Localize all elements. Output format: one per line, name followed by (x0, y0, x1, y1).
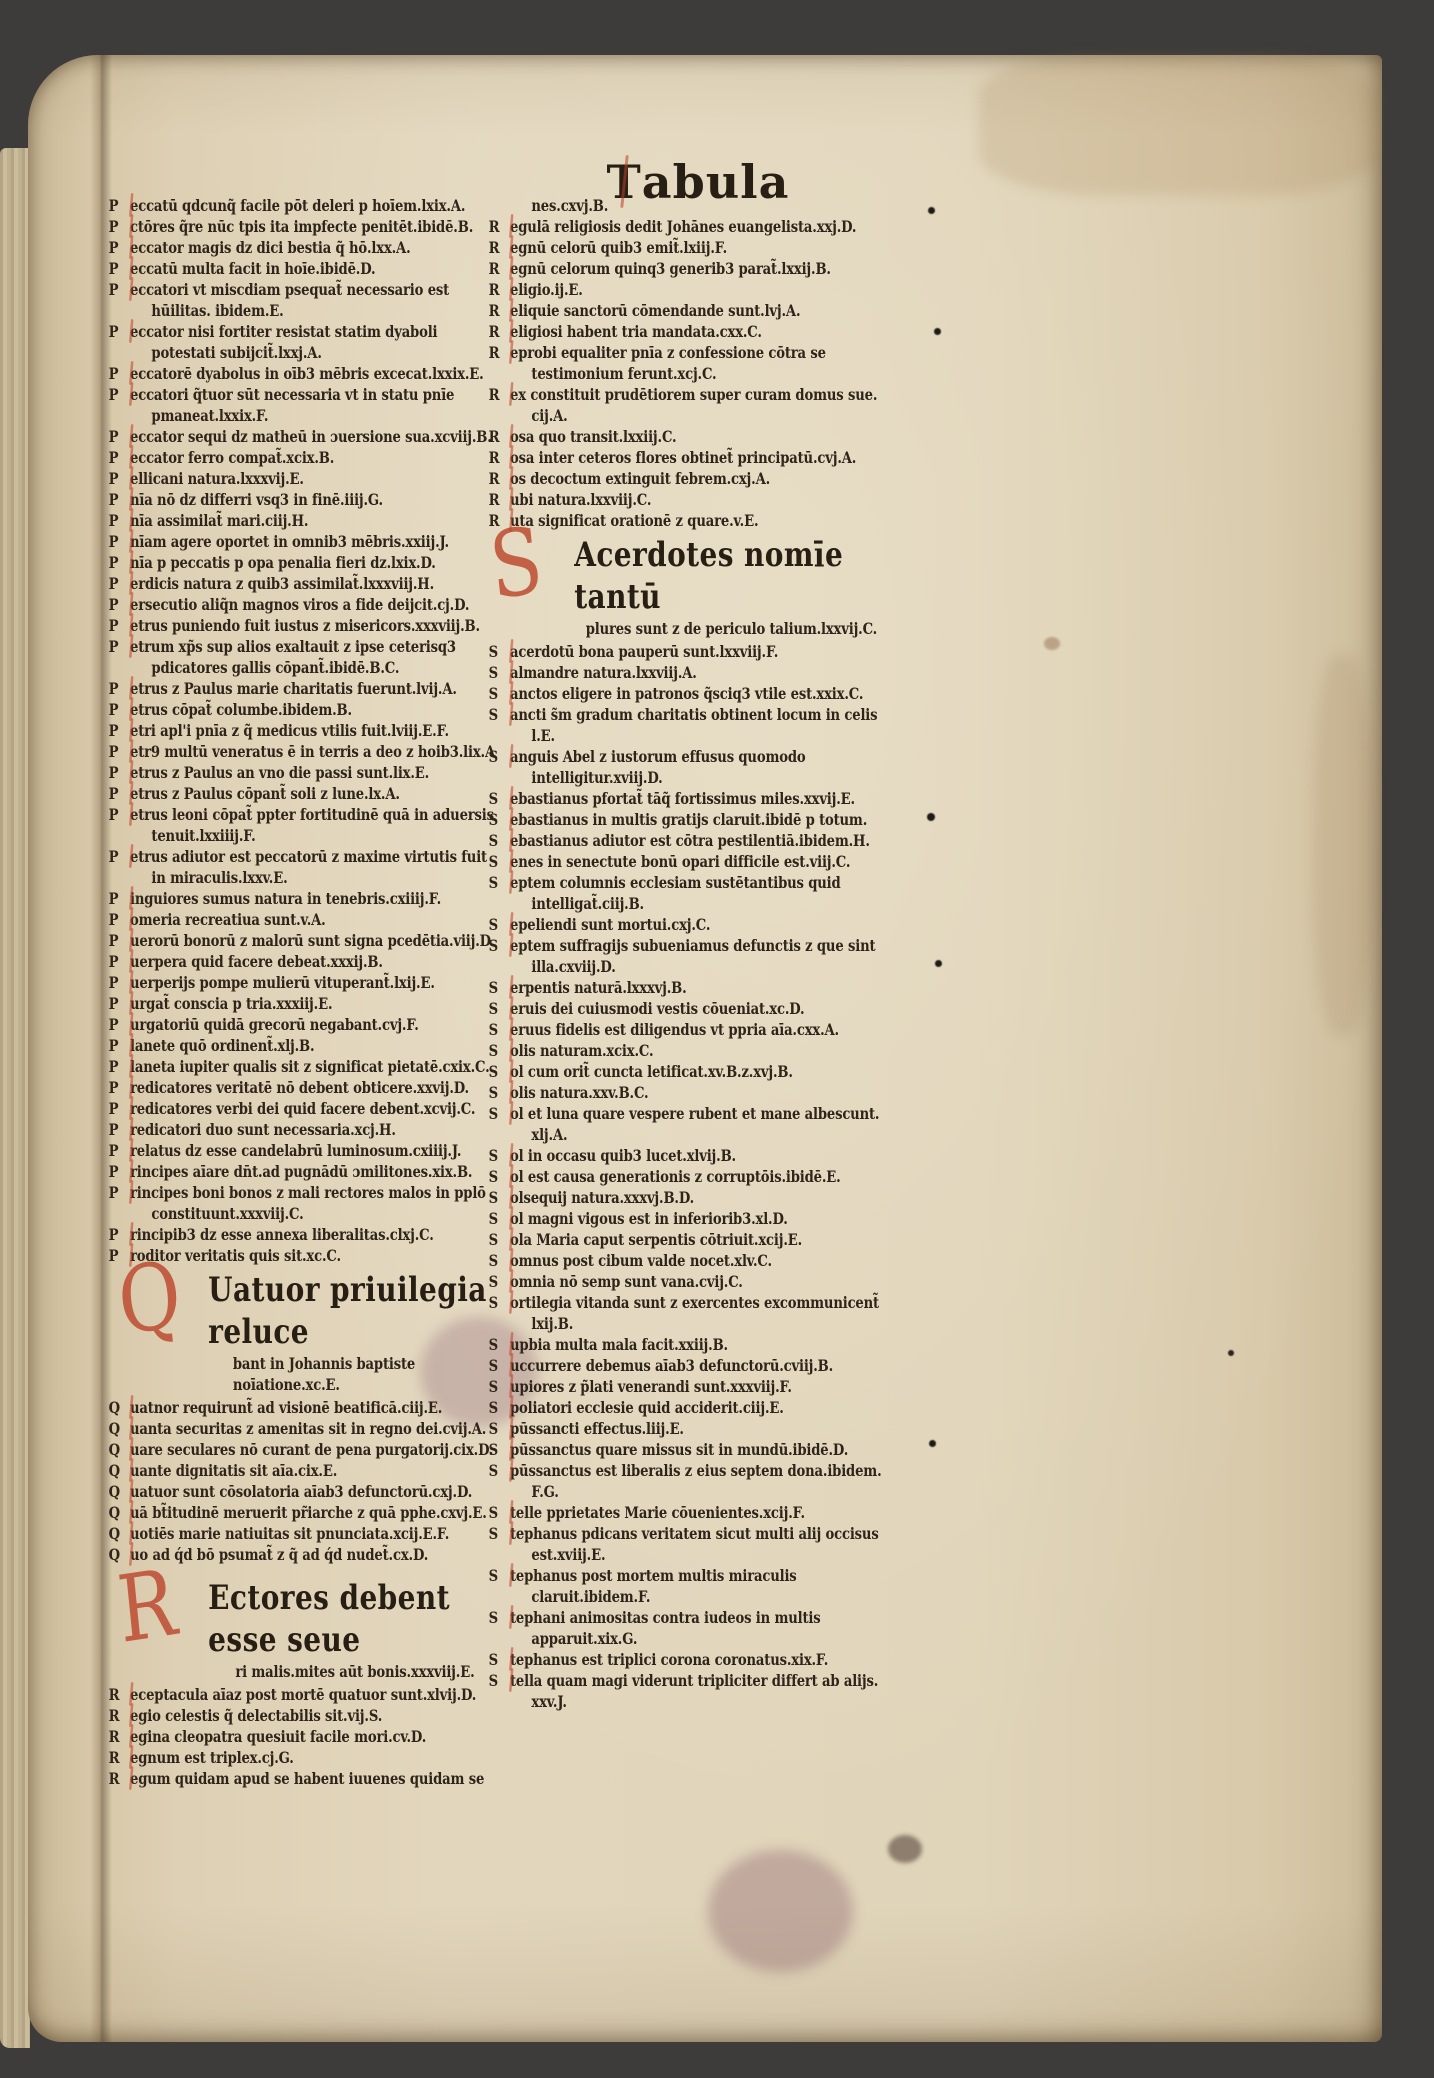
index-entry: Petrum xp̃s sup alios exaltauit z ipse c… (130, 636, 502, 678)
index-entry: Quā bt̃itudinē meruerit pr̃iarche z quā … (130, 1502, 502, 1523)
index-entry: Sanctos eligere in patronos q̃sciq3 vtil… (510, 683, 882, 704)
index-entry: Pnīa nō dz differri vsq3 in finē.iiij.G. (130, 489, 502, 510)
stain (888, 1835, 922, 1863)
index-entry: Serpentis naturā.lxxxvj.B. (510, 977, 882, 998)
index-entry: Supiores z p̃lati venerandi sunt.xxxviij… (510, 1376, 882, 1397)
index-entry: Rosa inter ceteros flores obtinet̃ princ… (510, 447, 882, 468)
index-entry: Pomeria recreatiua sunt.v.A. (130, 909, 502, 930)
index-entry: Regulā religiosis dedit Johānes euangeli… (510, 216, 882, 237)
index-entry: Predicatori duo sunt necessaria.xcj.H. (130, 1119, 502, 1140)
index-entry: Quo ad q́d bō psumat̃ z q̃ ad q́d nudet̃… (130, 1544, 502, 1565)
index-entry: Puerperijs pompe mulierū vituperant̃.lxi… (130, 972, 502, 993)
index-entry: Reliquie sanctorū cōmendande sunt.lvj.A. (510, 300, 882, 321)
book-page: Tabula Peccatū qdcunq̃ facile pōt deleri… (28, 55, 1382, 2042)
index-entry: Sola Maria caput serpentis cōtriuit.xcij… (510, 1229, 882, 1250)
index-entry: Petrus z Paulus cōpant̃ soli z lune.lx.A… (130, 783, 502, 804)
index-entry: Petrus leoni cōpat̃ ppter fortitudinē qu… (130, 804, 502, 846)
index-entry: Stephani animositas contra iudeos in mul… (510, 1607, 882, 1649)
index-entry: Perdicis natura z quib3 assimilat̃.lxxxv… (130, 573, 502, 594)
index-entry: Regnū celorum quinq3 generib3 parat̃.lxx… (510, 258, 882, 279)
index-entry: Stephanus pdicans veritatem sicut multi … (510, 1523, 882, 1565)
index-entry: Sol et luna quare vespere rubent et mane… (510, 1103, 882, 1145)
illuminated-initial: Q (115, 1255, 184, 1344)
index-entry: Purgat̃ conscia p tria.xxxiij.E. (130, 993, 502, 1014)
index-entry: Succurrere debemus aīab3 defunctorū.cvii… (510, 1355, 882, 1376)
stain (1044, 637, 1060, 650)
index-entry: Peccatorē dyabolus in oīb3 mēbris exceca… (130, 363, 502, 384)
ink-speck (929, 1440, 936, 1447)
index-entry: Purgatoriū quidā grecorū negabant.cvj.F. (130, 1014, 502, 1035)
index-entry: Petri apl'i pnīa z q̃ medicus vtilis fui… (130, 720, 502, 741)
index-entry: Spoliatori ecclesie quid acciderit.ciij.… (510, 1397, 882, 1418)
index-entry: Peccatū multa facit in hoīe.ibidē.D. (130, 258, 502, 279)
index-entry: Pellicani natura.lxxxvij.E. (130, 468, 502, 489)
index-entry: Principib3 dz esse annexa liberalitas.cl… (130, 1224, 502, 1245)
index-entry: Persecutio aliq̃n magnos viros a fide de… (130, 594, 502, 615)
index-entry: Regnum est triplex.cj.G. (130, 1747, 502, 1768)
index-entry: Sancti s̃m gradum charitatis obtinent lo… (510, 704, 882, 746)
index-entry: Petrus cōpat̃ columbe.ibidem.B. (130, 699, 502, 720)
index-entry: Petrus adiutor est peccatorū z maxime vi… (130, 846, 502, 888)
index-entry: Planete quō ordinent̃.xlj.B. (130, 1035, 502, 1056)
index-entry: Petr9 multū veneratus ē in terris a deo … (130, 741, 502, 762)
index-entry: Seruus fidelis est diligendus vt ppria a… (510, 1019, 882, 1040)
index-entry-continuation: nes.cxvj.B. (510, 195, 882, 216)
index-entry: Predicatores verbi dei quid facere deben… (130, 1098, 502, 1119)
page-edge-stack (0, 148, 30, 2048)
section-heading-text: Ectores debent esse seue (208, 1577, 502, 1661)
index-entry: Salmandre natura.lxxviij.A. (510, 662, 882, 683)
index-entry: Puerpera quid facere debeat.xxxij.B. (130, 951, 502, 972)
section-heading-continuation: bant in Johannis baptiste noīatione.xc.E… (233, 1353, 502, 1395)
index-entry: Regnū celorū quib3 emit̃.lxiij.F. (510, 237, 882, 258)
index-entry: Sol in occasu quib3 lucet.xlvij.B. (510, 1145, 882, 1166)
index-entry: Pctōres q̃re nūc tpis ita impfecte penit… (130, 216, 502, 237)
index-entry: Quatnor requirunt̃ ad visionē beatificā.… (130, 1397, 502, 1418)
illuminated-initial: R (115, 1563, 179, 1651)
index-entry: Solis natura.xxv.B.C. (510, 1082, 882, 1103)
index-column-left: Peccatū qdcunq̃ facile pōt deleri p hoīe… (130, 195, 502, 1789)
index-entry: Sol magni vigous est in inferiorib3.xl.D… (510, 1208, 882, 1229)
index-entry: Stephanus post mortem multis miraculis c… (510, 1565, 882, 1607)
section-heading-s: SAcerdotes nomīe tantūplures sunt z de p… (510, 534, 882, 639)
section-heading-continuation: ri malis.mites aūt bonis.xxxviij.E. (235, 1661, 502, 1682)
index-entry: Pnīam agere oportet in omnib3 mēbris.xxi… (130, 531, 502, 552)
index-entry: Seruis dei cuiusmodi vestis cōueniat.xc.… (510, 998, 882, 1019)
index-entry: Supbia multa mala facit.xxiij.B. (510, 1334, 882, 1355)
index-entry: Peccator magis dz dici bestia q̃ hō.lxx.… (130, 237, 502, 258)
section-heading-continuation: plures sunt z de periculo talium.lxxvij.… (586, 618, 882, 639)
index-entry: Petrus puniendo fuit iustus z misericors… (130, 615, 502, 636)
index-entry: Prelatus dz esse candelabrū luminosum.cx… (130, 1140, 502, 1161)
index-entry: Sebastianus pfortat̃ tāq̃ fortissimus mi… (510, 788, 882, 809)
index-entry: Regum quidam apud se habent iuuenes quid… (130, 1768, 502, 1789)
index-entry: Religiosi habent tria mandata.cxx.C. (510, 321, 882, 342)
section-heading-r: REctores debent esse seueri malis.mites … (130, 1577, 502, 1682)
index-entry: Peccator sequi dz matheū in ɔuersione su… (130, 426, 502, 447)
index-entry: Spūssanctus quare missus sit in mundū.ib… (510, 1439, 882, 1460)
stain (1313, 655, 1373, 1035)
section-heading-text: Acerdotes nomīe tantū (574, 534, 882, 618)
index-entry: Sebastianus adiutor est cōtra pestilenti… (510, 830, 882, 851)
index-entry: Pinguiores sumus natura in tenebris.cxii… (130, 888, 502, 909)
index-entry: Quare seculares nō curant de pena purgat… (130, 1439, 502, 1460)
index-entry: Sebastianus in multis gratijs claruit.ib… (510, 809, 882, 830)
index-entry: Quanta securitas z amenitas sit in regno… (130, 1418, 502, 1439)
index-entry: Stephanus est triplici corona coronatus.… (510, 1649, 882, 1670)
index-entry: Solsequij natura.xxxvj.B.D. (510, 1187, 882, 1208)
index-entry: Peccatū qdcunq̃ facile pōt deleri p hoīe… (130, 195, 502, 216)
index-entry: Rubi natura.lxxviij.C. (510, 489, 882, 510)
index-entry: Petrus z Paulus marie charitatis fuerunt… (130, 678, 502, 699)
index-entry: Spūssancti effectus.liij.E. (510, 1418, 882, 1439)
index-entry: Somnus post cibum valde nocet.xlv.C. (510, 1250, 882, 1271)
index-entry: Receptacula aīaz post mortē quatuor sunt… (130, 1684, 502, 1705)
index-entry: Peccatori vt miscdiam psequat̃ necessari… (130, 279, 502, 321)
index-entry: Septem columnis ecclesiam sustētantibus … (510, 872, 882, 914)
index-entry: Quatuor sunt cōsolatoria aīab3 defunctor… (130, 1481, 502, 1502)
index-entry: Puerorū bonorū z malorū sunt signa pcedē… (130, 930, 502, 951)
index-entry: Sepeliendi sunt mortui.cxj.C. (510, 914, 882, 935)
index-entry: Regina cleopatra quesiuit facile mori.cv… (130, 1726, 502, 1747)
index-entry: Stelle pprietates Marie cōuenientes.xcij… (510, 1502, 882, 1523)
index-column-right: nes.cxvj.B.Regulā religiosis dedit Johān… (510, 195, 882, 1712)
index-entry: Septem suffragijs subueniamus defunctis … (510, 935, 882, 977)
ink-speck (1228, 1350, 1234, 1356)
index-entry: Quante dignitatis sit aīa.cix.E. (130, 1460, 502, 1481)
stain (978, 55, 1378, 195)
index-entry: Somnia nō semp sunt vana.cvij.C. (510, 1271, 882, 1292)
index-entry: Spūssanctus est liberalis z eius septem … (510, 1460, 882, 1502)
index-entry: Quotiēs marie natiuitas sit pnunciata.xc… (130, 1523, 502, 1544)
index-entry: Petrus z Paulus an vno die passi sunt.li… (130, 762, 502, 783)
index-entry: Predicatores veritatē nō debent obticere… (130, 1077, 502, 1098)
index-entry: Principes boni bonos z mali rectores mal… (130, 1182, 502, 1224)
ink-speck (934, 328, 941, 335)
index-entry: Planeta iupiter qualis sit z significat … (130, 1056, 502, 1077)
index-entry: Peccator nisi fortiter resistat statim d… (130, 321, 502, 363)
index-entry: Sol est causa generationis z corruptōis.… (510, 1166, 882, 1187)
ink-speck (928, 207, 935, 214)
section-heading-text: Uatuor priuilegia reluce (208, 1269, 502, 1353)
index-entry: Ros decoctum extinguit febrem.cxj.A. (510, 468, 882, 489)
index-entry: Regio celestis q̃ delectabilis sit.vij.S… (130, 1705, 502, 1726)
index-entry: Solis naturam.xcix.C. (510, 1040, 882, 1061)
index-entry: Rosa quo transit.lxxiij.C. (510, 426, 882, 447)
index-entry: Principes aīare dn̄t.ad pugnādū ɔmiliton… (130, 1161, 502, 1182)
index-entry: Sanguis Abel z iustorum effusus quomodo … (510, 746, 882, 788)
index-entry: Ruta significat orationē z quare.v.E. (510, 510, 882, 531)
index-entry: Reprobi equaliter pnīa z confessione cōt… (510, 342, 882, 384)
stain (708, 1850, 853, 1972)
index-entry: Sortilegia vitanda sunt z exercentes exc… (510, 1292, 882, 1334)
index-entry: Sacerdotū bona pauperū sunt.lxxviij.F. (510, 641, 882, 662)
index-entry: Stella quam magi viderunt tripliciter di… (510, 1670, 882, 1712)
index-entry: Peccatori q̃tuor sūt necessaria vt in st… (130, 384, 502, 426)
index-entry: Rex constituit prudētiorem super curam d… (510, 384, 882, 426)
illuminated-initial: S (486, 520, 545, 607)
ink-speck (935, 960, 942, 967)
index-entry: Senes in senectute bonū opari difficile … (510, 851, 882, 872)
index-entry: Sol cum orit̃ cuncta letificat.xv.B.z.xv… (510, 1061, 882, 1082)
section-heading-q: QUatuor priuilegia relucebant in Johanni… (130, 1269, 502, 1395)
index-entry: Pnīa assimilat̃ mari.ciij.H. (130, 510, 502, 531)
ink-speck (927, 813, 935, 821)
index-entry: Religio.ij.E. (510, 279, 882, 300)
index-entry: Pnīa p peccatis p opa penalia fieri dz.l… (130, 552, 502, 573)
index-entry: Peccator ferro compat̃.xcix.B. (130, 447, 502, 468)
index-entry: Proditor veritatis quis sit.xc.C. (130, 1245, 502, 1266)
